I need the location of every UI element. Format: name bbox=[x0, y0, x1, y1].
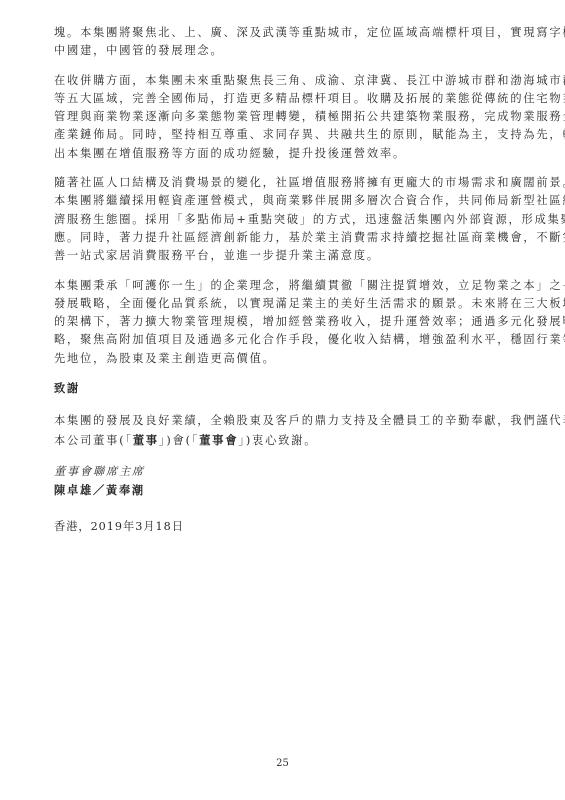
text-line: 濟服務生態圈。採用「多點佈局+重點突破」的方式，迅速盤活集團內外部資源，形成集聚… bbox=[54, 211, 514, 229]
text-line: 出本集團在增值服務等方面的成功經驗，提升投後運營效率。 bbox=[54, 145, 514, 163]
paragraph-1: 塊。本集團將聚焦北、上、廣、深及武漢等重點城市，定位區域高端標杆項目，實現寫字樓… bbox=[54, 24, 514, 61]
text-line: 塊。本集團將聚焦北、上、廣、深及武漢等重點城市，定位區域高端標杆項目，實現寫字樓 bbox=[54, 24, 514, 42]
paragraph-2: 在收併購方面，本集團未來重點聚焦長三角、成渝、京津冀、長江中游城市群和渤海城市群… bbox=[54, 72, 514, 163]
text-fragment: 本公司董事(「 bbox=[54, 434, 133, 447]
section-heading-acknowledgement: 致謝 bbox=[54, 379, 514, 397]
defined-term-board: 董事會 bbox=[199, 433, 238, 447]
text-line: 在收併購方面，本集團未來重點聚焦長三角、成渝、京津冀、長江中游城市群和渤海城市群 bbox=[54, 72, 514, 90]
text-fragment: 」)衷心致謝。 bbox=[238, 434, 317, 447]
signature-names: 陳卓雄／黃奉潮 bbox=[54, 481, 514, 499]
text-line: 善一站式家居消費服務平台，並進一步提升業主滿意度。 bbox=[54, 247, 514, 265]
text-line: 本集團秉承「呵護你一生」的企業理念，將繼續貫徹「關注提質增效，立足物業之本」之長… bbox=[54, 277, 514, 295]
text-line: 本公司董事(「董事」)會(「董事會」)衷心致謝。 bbox=[54, 431, 514, 449]
document-date: 香港，2019年3月18日 bbox=[54, 518, 514, 536]
text-line: 應。同時，著力提升社區經濟創新能力，基於業主消費需求持續挖掘社區商業機會，不斷完 bbox=[54, 229, 514, 247]
text-line: 本集團將繼續採用輕資產運營模式，與商業夥伴展開多層次合資合作，共同佈局新型社區經 bbox=[54, 192, 514, 210]
text-line: 略，聚焦高附加值項目及通過多元化合作手段，優化收入結構，增強盈利水平，穩固行業領 bbox=[54, 331, 514, 349]
text-line: 等五大區域，完善全國佈局，打造更多精品標杆項目。收購及拓展的業態從傳統的住宅物業 bbox=[54, 90, 514, 108]
text-line: 中國建，中國管的發展理念。 bbox=[54, 42, 514, 60]
paragraph-4: 本集團秉承「呵護你一生」的企業理念，將繼續貫徹「關注提質增效，立足物業之本」之長… bbox=[54, 277, 514, 368]
text-line: 先地位，為股東及業主創造更高價值。 bbox=[54, 350, 514, 368]
text-line: 本集團的發展及良好業績，全賴股東及客戶的鼎力支持及全體員工的辛勤奉獻，我們謹代表 bbox=[54, 412, 514, 430]
text-line: 的架構下，著力擴大物業管理規模，增加經營業務收入，提升運營效率；通過多元化發展戰 bbox=[54, 313, 514, 331]
acknowledgement-paragraph: 本集團的發展及良好業績，全賴股東及客戶的鼎力支持及全體員工的辛勤奉獻，我們謹代表… bbox=[54, 412, 514, 449]
document-page: 塊。本集團將聚焦北、上、廣、深及武漢等重點城市，定位區域高端標杆項目，實現寫字樓… bbox=[54, 24, 514, 536]
defined-term-directors: 董事 bbox=[133, 433, 159, 447]
text-line: 發展戰略，全面優化品質系統，以實現滿足業主的美好生活需求的願景。未來將在三大板塊 bbox=[54, 295, 514, 313]
text-line: 管理與商業物業逐漸向多業態物業管理轉變，積極開拓公共建築物業服務，完成物業服務全 bbox=[54, 108, 514, 126]
page-number: 25 bbox=[0, 758, 565, 769]
paragraph-3: 隨著社區人口結構及消費場景的變化，社區增值服務將擁有更龐大的市場需求和廣闊前景。… bbox=[54, 174, 514, 265]
text-line: 產業鏈佈局。同時，堅持相互尊重、求同存異、共融共生的原則，賦能為主，支持為先，輸 bbox=[54, 126, 514, 144]
signature-title: 董事會聯席主席 bbox=[54, 463, 514, 481]
text-line: 隨著社區人口結構及消費場景的變化，社區增值服務將擁有更龐大的市場需求和廣闊前景。 bbox=[54, 174, 514, 192]
text-fragment: 」)會(「 bbox=[159, 434, 199, 447]
